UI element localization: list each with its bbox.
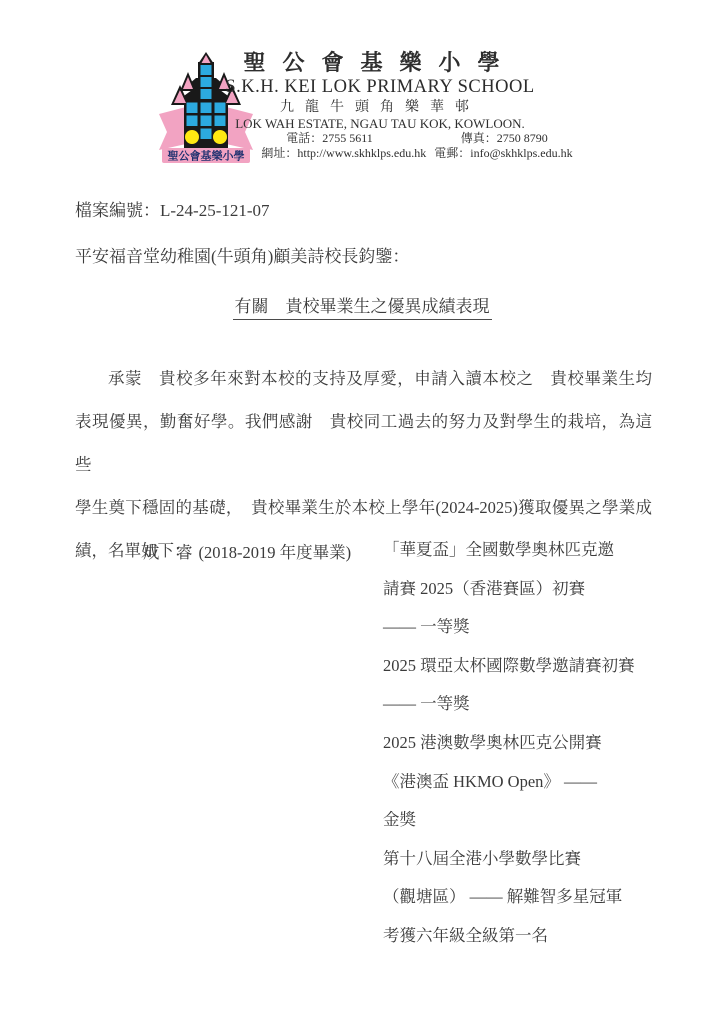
student-graduation: (2018-2019 年度畢業) — [199, 543, 352, 562]
award-item: 「華夏盃」全國數學奧林匹克邀 請賽 2025（香港賽區）初賽 —— 一等獎 — [383, 531, 673, 647]
paragraph-line: 學生奠下穩固的基礎， 貴校畢業生於本校上學年(2024-2025)獲取優異之學業… — [75, 486, 652, 529]
logo-circle-left — [185, 130, 199, 144]
awards-list: 「華夏盃」全國數學奧林匹克邀 請賽 2025（香港賽區）初賽 —— 一等獎 20… — [383, 531, 673, 956]
contact-website: 網址：http://www.skhklps.edu.hk — [261, 146, 426, 160]
student-row-label: 成 睿(2018-2019 年度畢業) — [143, 539, 351, 563]
school-name-en: S.K.H. KEI LOK PRIMARY SCHOOL — [210, 76, 550, 98]
file-number: 檔案編號：L-24-25-121-07 — [75, 196, 270, 221]
subject-title-text: 有關 貴校畢業生之優異成績表現 — [233, 297, 492, 320]
award-item: 2025 環亞太杯國際數學邀請賽初賽 —— 一等獎 — [383, 647, 673, 724]
paragraph-line: 表現優異，勤奮好學。我們感謝 貴校同工過去的努力及對學生的栽培，為這些 — [75, 400, 652, 486]
student-name: 成 睿 — [143, 543, 193, 562]
recipient-line: 平安福音堂幼稚園(牛頭角)顧美詩校長鈞鑒： — [75, 242, 409, 267]
contact-fax: 傳真：2750 8790 — [461, 131, 548, 145]
letter-page: 聖公會基樂小學 聖公會基樂小學 S.K.H. KEI LOK PRIMARY S… — [0, 0, 724, 1024]
contact-line-1: 電話：2755 5611傳真：2750 8790 — [247, 131, 587, 146]
school-name-zh: 聖公會基樂小學 — [210, 50, 550, 76]
contact-email: 電郵：info@skhklps.edu.hk — [434, 146, 572, 160]
subject-title: 有關 貴校畢業生之優異成績表現 — [0, 292, 724, 317]
contact-line-2: 網址：http://www.skhklps.edu.hk電郵：info@skhk… — [247, 146, 587, 161]
contact-phone: 電話：2755 5611 — [286, 131, 373, 145]
award-item: 2025 港澳數學奧林匹克公開賽 《港澳盃 HKMO Open》 —— 金獎 — [383, 724, 673, 840]
award-item: 第十八屆全港小學數學比賽 （觀塘區） —— 解難智多星冠軍 — [383, 840, 673, 917]
paragraph-line: 承蒙 貴校多年來對本校的支持及厚愛，申請入讀本校之 貴校畢業生均 — [75, 357, 652, 400]
school-address-en: LOK WAH ESTATE, NGAU TAU KOK, KOWLOON. — [210, 116, 550, 131]
letterhead: 聖公會基樂小學 S.K.H. KEI LOK PRIMARY SCHOOL 九龍… — [210, 50, 550, 161]
logo-ribbon-left — [159, 107, 186, 150]
award-item: 考獲六年級全級第一名 — [383, 917, 673, 956]
school-address-zh: 九龍牛頭角樂華邨 — [210, 99, 550, 116]
